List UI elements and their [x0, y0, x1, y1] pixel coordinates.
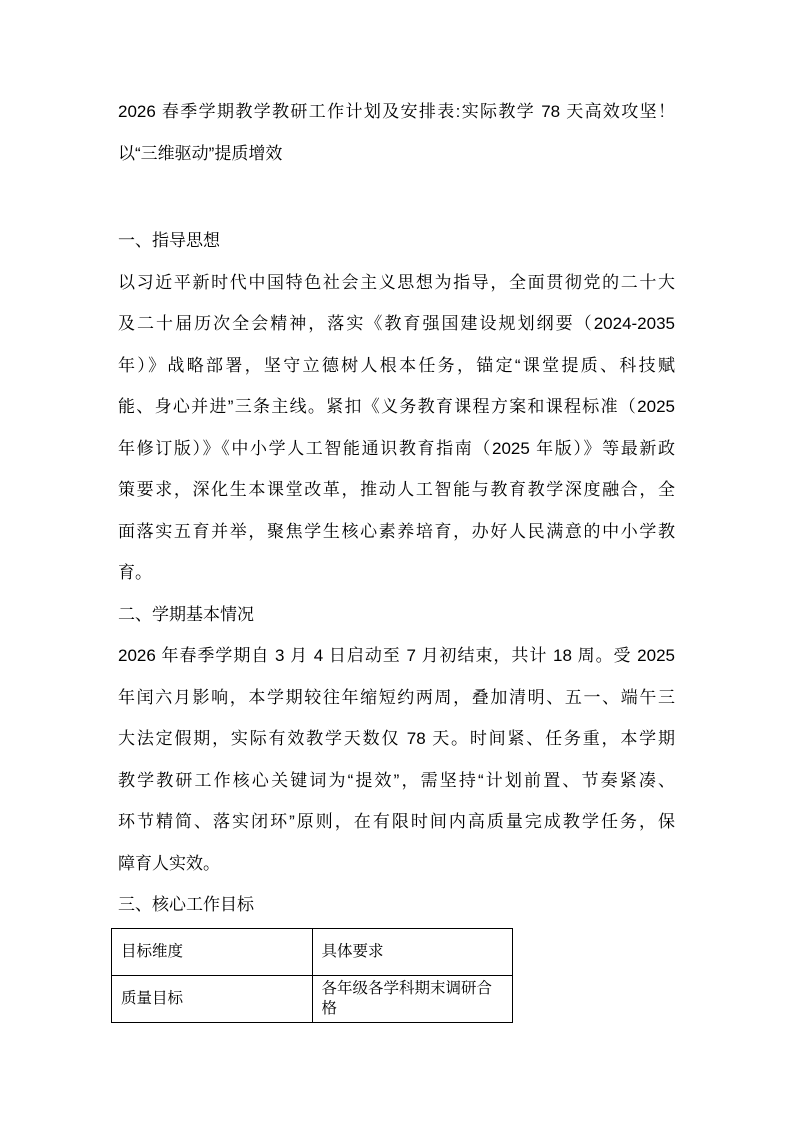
goals-table-row: 质量目标 各年级各学科期末调研合格	[112, 975, 513, 1022]
paragraph-line: 大法定假期，实际有效教学天数仅 78 天。时间紧、任务重，本学期	[118, 718, 675, 760]
paragraph-line: 以习近平新时代中国特色社会主义思想为指导，全面贯彻党的二十大	[118, 262, 675, 304]
paragraph-line: 年修订版）》《中小学人工智能通识教育指南（2025 年版）》等最新政	[118, 428, 675, 470]
table-cell-quality-goal: 质量目标	[112, 975, 313, 1022]
section-2-paragraph: 2026 年春季学期自 3 月 4 日启动至 7 月初结束，共计 18 周。受 …	[118, 635, 675, 884]
paragraph-line: 教学教研工作核心关键词为“提效”，需坚持“计划前置、节奏紧凑、	[118, 760, 675, 802]
document-title-line-2: 以“三维驱动”提质增效	[118, 133, 675, 175]
paragraph-line: 年）》战略部署，坚守立德树人根本任务，锚定“课堂提质、科技赋	[118, 345, 675, 387]
section-core-goals: 三、核心工作目标 目标维度 具体要求 质量目标 各年级各学科期末调研合格	[118, 884, 675, 1023]
paragraph-line: 策要求，深化生本课堂改革，推动人工智能与教育教学深度融合，全	[118, 469, 675, 511]
paragraph-line: 育。	[118, 552, 675, 594]
paragraph-line: 环节精简、落实闭环”原则，在有限时间内高质量完成教学任务，保	[118, 801, 675, 843]
table-header-cell-requirement: 具体要求	[312, 928, 513, 975]
document-page: 2026 春季学期教学教研工作计划及安排表:实际教学 78 天高效攻坚！ 以“三…	[0, 0, 793, 1122]
paragraph-line: 能、身心并进”三条主线。紧扣《义务教育课程方案和课程标准（2025	[118, 386, 675, 428]
section-heading-3: 三、核心工作目标	[118, 884, 675, 926]
section-heading-2: 二、学期基本情况	[118, 594, 675, 636]
paragraph-line: 障育人实效。	[118, 843, 675, 885]
goals-table: 目标维度 具体要求 质量目标 各年级各学科期末调研合格	[111, 928, 513, 1023]
section-heading-1: 一、指导思想	[118, 220, 675, 262]
section-guiding-ideology: 一、指导思想 以习近平新时代中国特色社会主义思想为指导，全面贯彻党的二十大 及二…	[118, 220, 675, 594]
section-semester-overview: 二、学期基本情况 2026 年春季学期自 3 月 4 日启动至 7 月初结束，共…	[118, 594, 675, 885]
goals-table-header-row: 目标维度 具体要求	[112, 928, 513, 975]
paragraph-line: 面落实五育并举，聚焦学生核心素养培育，办好人民满意的中小学教	[118, 511, 675, 553]
table-cell-quality-requirement: 各年级各学科期末调研合格	[312, 975, 513, 1022]
document-title: 2026 春季学期教学教研工作计划及安排表:实际教学 78 天高效攻坚！ 以“三…	[118, 91, 675, 174]
table-header-cell-dimension: 目标维度	[112, 928, 313, 975]
document-title-line-1: 2026 春季学期教学教研工作计划及安排表:实际教学 78 天高效攻坚！	[118, 91, 675, 133]
paragraph-line: 及二十届历次全会精神，落实《教育强国建设规划纲要（2024-2035	[118, 303, 675, 345]
paragraph-line: 2026 年春季学期自 3 月 4 日启动至 7 月初结束，共计 18 周。受 …	[118, 635, 675, 677]
section-1-paragraph: 以习近平新时代中国特色社会主义思想为指导，全面贯彻党的二十大 及二十届历次全会精…	[118, 262, 675, 594]
paragraph-line: 年闰六月影响，本学期较往年缩短约两周，叠加清明、五一、端午三	[118, 677, 675, 719]
